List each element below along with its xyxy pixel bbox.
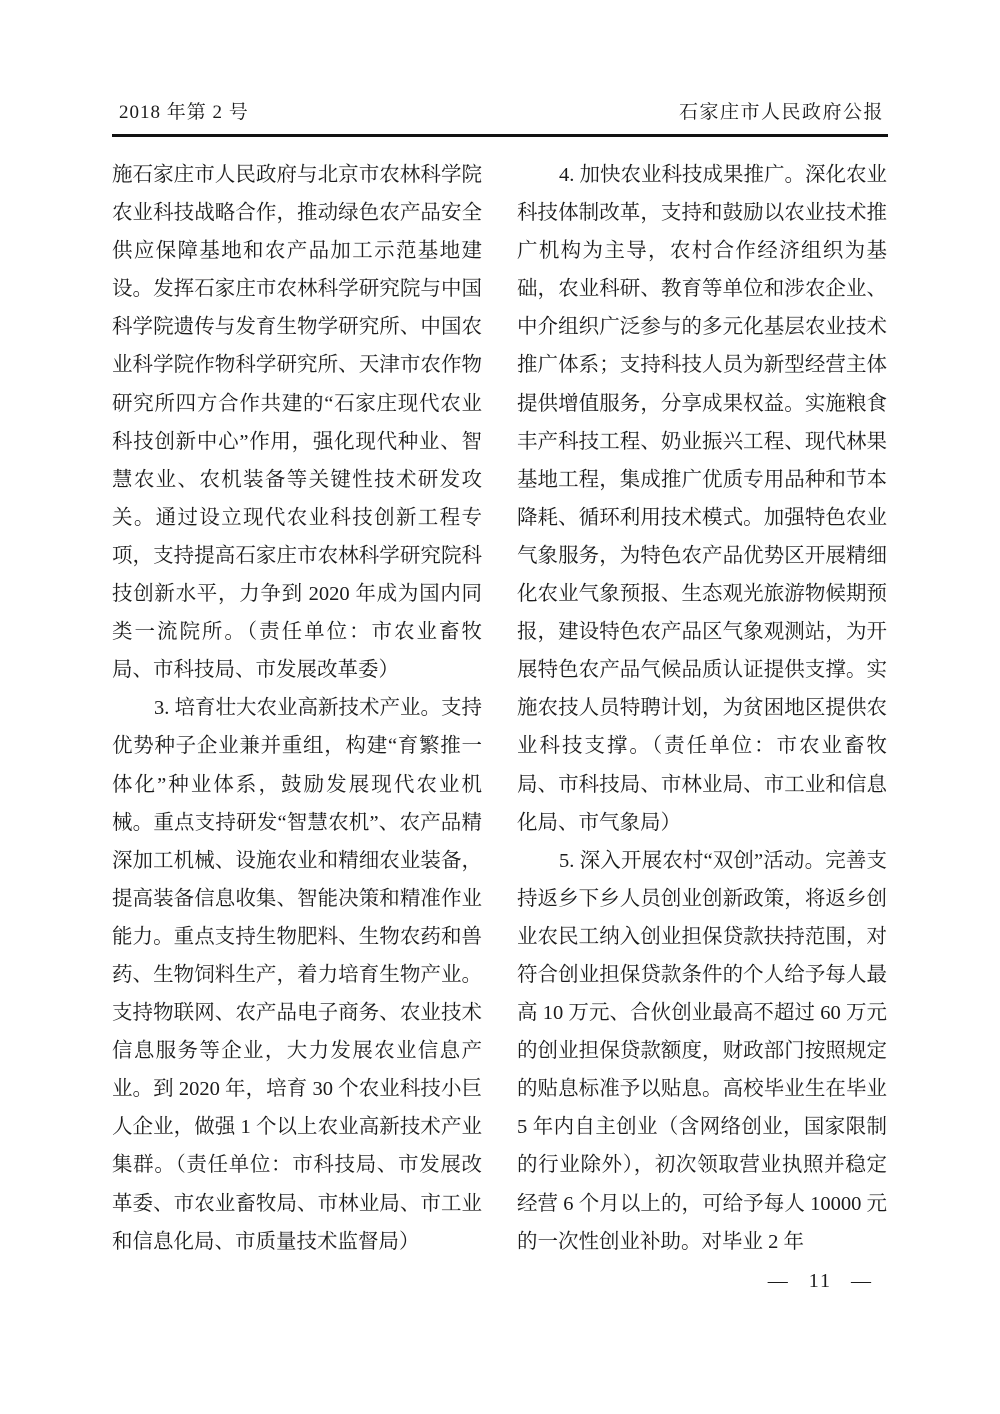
header-issue-number: 2018 年第 2 号	[119, 101, 249, 125]
header-gazette-title: 石家庄市人民政府公报	[679, 101, 884, 125]
paragraph-item-3: 3. 培育壮大农业高新技术产业。支持优势种子企业兼并重组，构建“育繁推一体化”种…	[112, 689, 482, 1260]
gazette-page: 2018 年第 2 号 石家庄市人民政府公报 施石家庄市人民政府与北京市农林科学…	[0, 0, 1000, 1414]
header-rule	[112, 134, 888, 137]
page-number: — 11 —	[517, 1261, 887, 1301]
left-column: 施石家庄市人民政府与北京市农林科学院农业科技战略合作，推动绿色农产品安全供应保障…	[112, 156, 482, 1301]
body-columns: 施石家庄市人民政府与北京市农林科学院农业科技战略合作，推动绿色农产品安全供应保障…	[112, 156, 888, 1301]
paragraph-item-4: 4. 加快农业科技成果推广。深化农业科技体制改革，支持和鼓励以农业技术推广机构为…	[517, 156, 887, 842]
paragraph-continuation: 施石家庄市人民政府与北京市农林科学院农业科技战略合作，推动绿色农产品安全供应保障…	[112, 156, 482, 689]
page-header: 2018 年第 2 号 石家庄市人民政府公报	[112, 101, 888, 125]
paragraph-item-5: 5. 深入开展农村“双创”活动。完善支持返乡下乡人员创业创新政策，将返乡创业农民…	[517, 842, 887, 1261]
right-column: 4. 加快农业科技成果推广。深化农业科技体制改革，支持和鼓励以农业技术推广机构为…	[517, 156, 887, 1301]
